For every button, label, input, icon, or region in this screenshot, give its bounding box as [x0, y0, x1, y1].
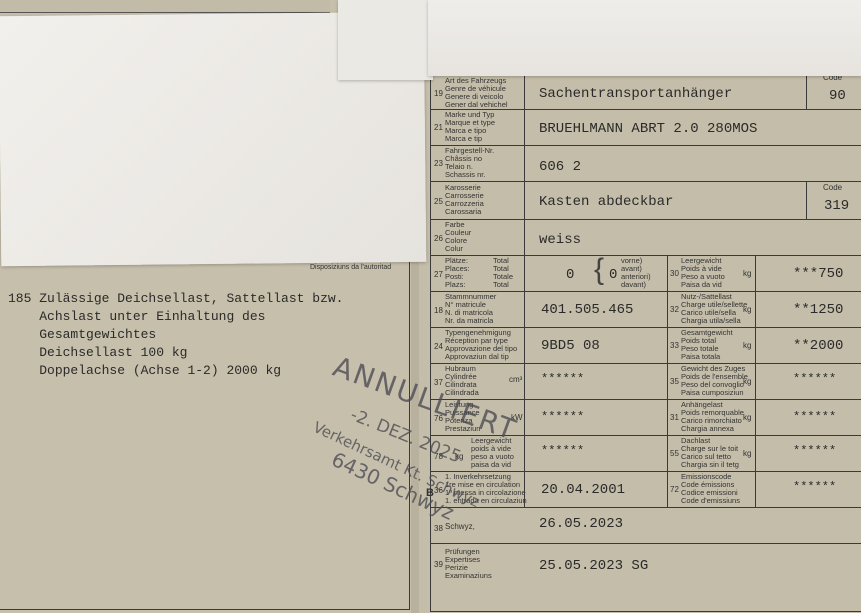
- left-page-bottom-border: [0, 609, 410, 610]
- field-label: StammnummerN° matriculeN. di matricolaNr…: [445, 293, 496, 325]
- remark-line-4: Doppelachse (Achse 1-2) 2000 kg: [39, 363, 281, 378]
- body-type-code: 319: [824, 198, 849, 214]
- field-num: 21: [434, 123, 443, 132]
- make-model-value: BRUEHLMANN ABRT 2.0 280MOS: [539, 121, 757, 137]
- field-label: LeergewichtPoids à videPeso a vuotoPaisa…: [681, 257, 725, 289]
- remark-line-3: Deichsellast 100 kg: [39, 345, 187, 360]
- field-label: FarbeCouleurColoreColur: [445, 221, 471, 253]
- front-seats-label: vorne)avant)anteriori)davant): [621, 257, 651, 289]
- vehicle-type-code: 90: [829, 88, 846, 104]
- gross-weight-value: **2000: [793, 338, 843, 354]
- field-num: 25: [434, 197, 443, 206]
- vehicle-type-value: Sachentransportanhänger: [539, 86, 732, 102]
- chassis-number-value: 606 2: [539, 159, 581, 175]
- type-approval-value: 9BD5 08: [541, 338, 600, 354]
- field-label: Schwyz,: [445, 523, 475, 531]
- unit-label: kg: [743, 269, 751, 278]
- field-num: 18: [434, 306, 443, 315]
- field-row-36-72: 36 1. Inverkehrsetzung1re mise en circul…: [431, 471, 861, 508]
- field-num: 72: [670, 485, 679, 494]
- paper-patch-middle: [338, 0, 433, 80]
- field-num: 55: [670, 449, 679, 458]
- body-type-value: Kasten abdeckbar: [539, 194, 673, 210]
- field-label: DachlastCharge sur le toitCarico sul tet…: [681, 437, 739, 469]
- top-edge-strip: [0, 0, 330, 13]
- field-row-26: 26 FarbeCouleurColoreColur weiss: [431, 219, 861, 256]
- issue-date-value: 26.05.2023: [539, 516, 623, 532]
- field-row-27-30: 27 Plätze:Places:Posti:Plazs: TotalTotal…: [431, 255, 861, 292]
- emission-code-value: ******: [793, 480, 836, 494]
- field-label: Marke und TypMarque et typeMarca e tipoM…: [445, 111, 495, 143]
- unit-label: cm³: [509, 375, 522, 384]
- field-label: Fahrgestell-Nr.Châssis noTelaio n.Schass…: [445, 147, 494, 179]
- first-registration-value: 20.04.2001: [541, 482, 625, 498]
- combination-weight-value: ******: [793, 372, 836, 386]
- field-num: 24: [434, 342, 443, 351]
- field-num: 23: [434, 159, 443, 168]
- field-num: 30: [670, 269, 679, 278]
- field-label-total: TotalTotalTotaleTotal: [493, 257, 513, 289]
- field-row-25: 25 KarosserieCarrosserieCarrozzeriaCaros…: [431, 181, 861, 220]
- field-num: 27: [434, 270, 443, 279]
- field-row-37-35: 37 HubraumCylindréeCilindrataCilindrada …: [431, 363, 861, 400]
- registration-form: 19 Art des FahrzeugsGenre de véhiculeGen…: [430, 75, 861, 612]
- code-header: Code: [823, 183, 842, 192]
- field-label: Gewicht des ZugesPoids de l'ensemblePeso…: [681, 365, 748, 397]
- field-label: PrüfungenExpertisesPerizieExaminaziuns: [445, 548, 492, 580]
- field-row-38: 38 Schwyz, 26.05.2023: [431, 507, 861, 544]
- field-row-24-33: 24 TypengenehmigungRéception par typeApp…: [431, 327, 861, 364]
- unit-label: kg: [743, 305, 751, 314]
- field-label: AnhängelastPoids remorquableCarico rimor…: [681, 401, 744, 433]
- remark-line-2: Gesamtgewichtes: [39, 327, 156, 342]
- towing-load-value: ******: [793, 410, 836, 424]
- master-number-value: 401.505.465: [541, 302, 633, 318]
- seats-front-value: 0: [609, 267, 617, 283]
- roof-load-value: ******: [793, 444, 836, 458]
- seats-total-value: 0: [566, 267, 574, 283]
- unit-label: kg: [743, 377, 751, 386]
- field-row-19: 19 Art des FahrzeugsGenre de véhiculeGen…: [431, 76, 861, 110]
- brace-icon: {: [594, 253, 604, 287]
- field-label: GesamtgewichtPoids totalPeso totalePaisa…: [681, 329, 733, 361]
- payload-value: **1250: [793, 302, 843, 318]
- displacement-value: ******: [541, 372, 584, 386]
- unit-label: kg: [743, 449, 751, 458]
- field-label: Art des FahrzeugsGenre de véhiculeGenere…: [445, 77, 508, 109]
- empty-weight-78-value: ******: [541, 444, 584, 458]
- field-num: 35: [670, 377, 679, 386]
- paper-patch-right: [428, 0, 861, 76]
- field-num: 26: [434, 234, 443, 243]
- inspection-value: 25.05.2023 SG: [539, 558, 648, 574]
- remark-code: 185: [8, 291, 31, 306]
- field-num: 19: [434, 89, 443, 98]
- field-label: Nutz-/SattellastCharge utile/selletteCar…: [681, 293, 747, 325]
- remark-line-1: Achslast unter Einhaltung des: [39, 309, 265, 324]
- field-label: KarosserieCarrosserieCarrozzeriaCarossar…: [445, 184, 484, 216]
- remark-line-0: Zulässige Deichsellast, Sattellast bzw.: [39, 291, 343, 306]
- color-value: weiss: [539, 232, 581, 248]
- field-row-21: 21 Marke und TypMarque et typeMarca e ti…: [431, 109, 861, 146]
- empty-weight-value: ***750: [793, 266, 843, 282]
- remark-185: 185 Zulässige Deichsellast, Sattellast b…: [8, 290, 343, 380]
- field-label: TypengenehmigungRéception par typeApprov…: [445, 329, 517, 361]
- field-label: EmissionscodeCode émissionsCodice emissi…: [681, 473, 740, 505]
- field-row-23: 23 Fahrgestell-Nr.Châssis noTelaio n.Sch…: [431, 145, 861, 182]
- field-row-39: 39 PrüfungenExpertisesPerizieExaminaziun…: [431, 543, 861, 612]
- field-label: Plätze:Places:Posti:Plazs:: [445, 257, 470, 289]
- power-value: ******: [541, 410, 584, 424]
- field-num: 38: [434, 524, 443, 533]
- field-num: 33: [670, 341, 679, 350]
- field-num: 39: [434, 560, 443, 569]
- field-row-18-32: 18 StammnummerN° matriculeN. di matricol…: [431, 291, 861, 328]
- unit-label: kg: [743, 341, 751, 350]
- field-num: 31: [670, 413, 679, 422]
- left-header-fragment: Disposiziuns da l'autoritad: [310, 264, 391, 271]
- unit-label: kg: [743, 413, 751, 422]
- field-num: 32: [670, 305, 679, 314]
